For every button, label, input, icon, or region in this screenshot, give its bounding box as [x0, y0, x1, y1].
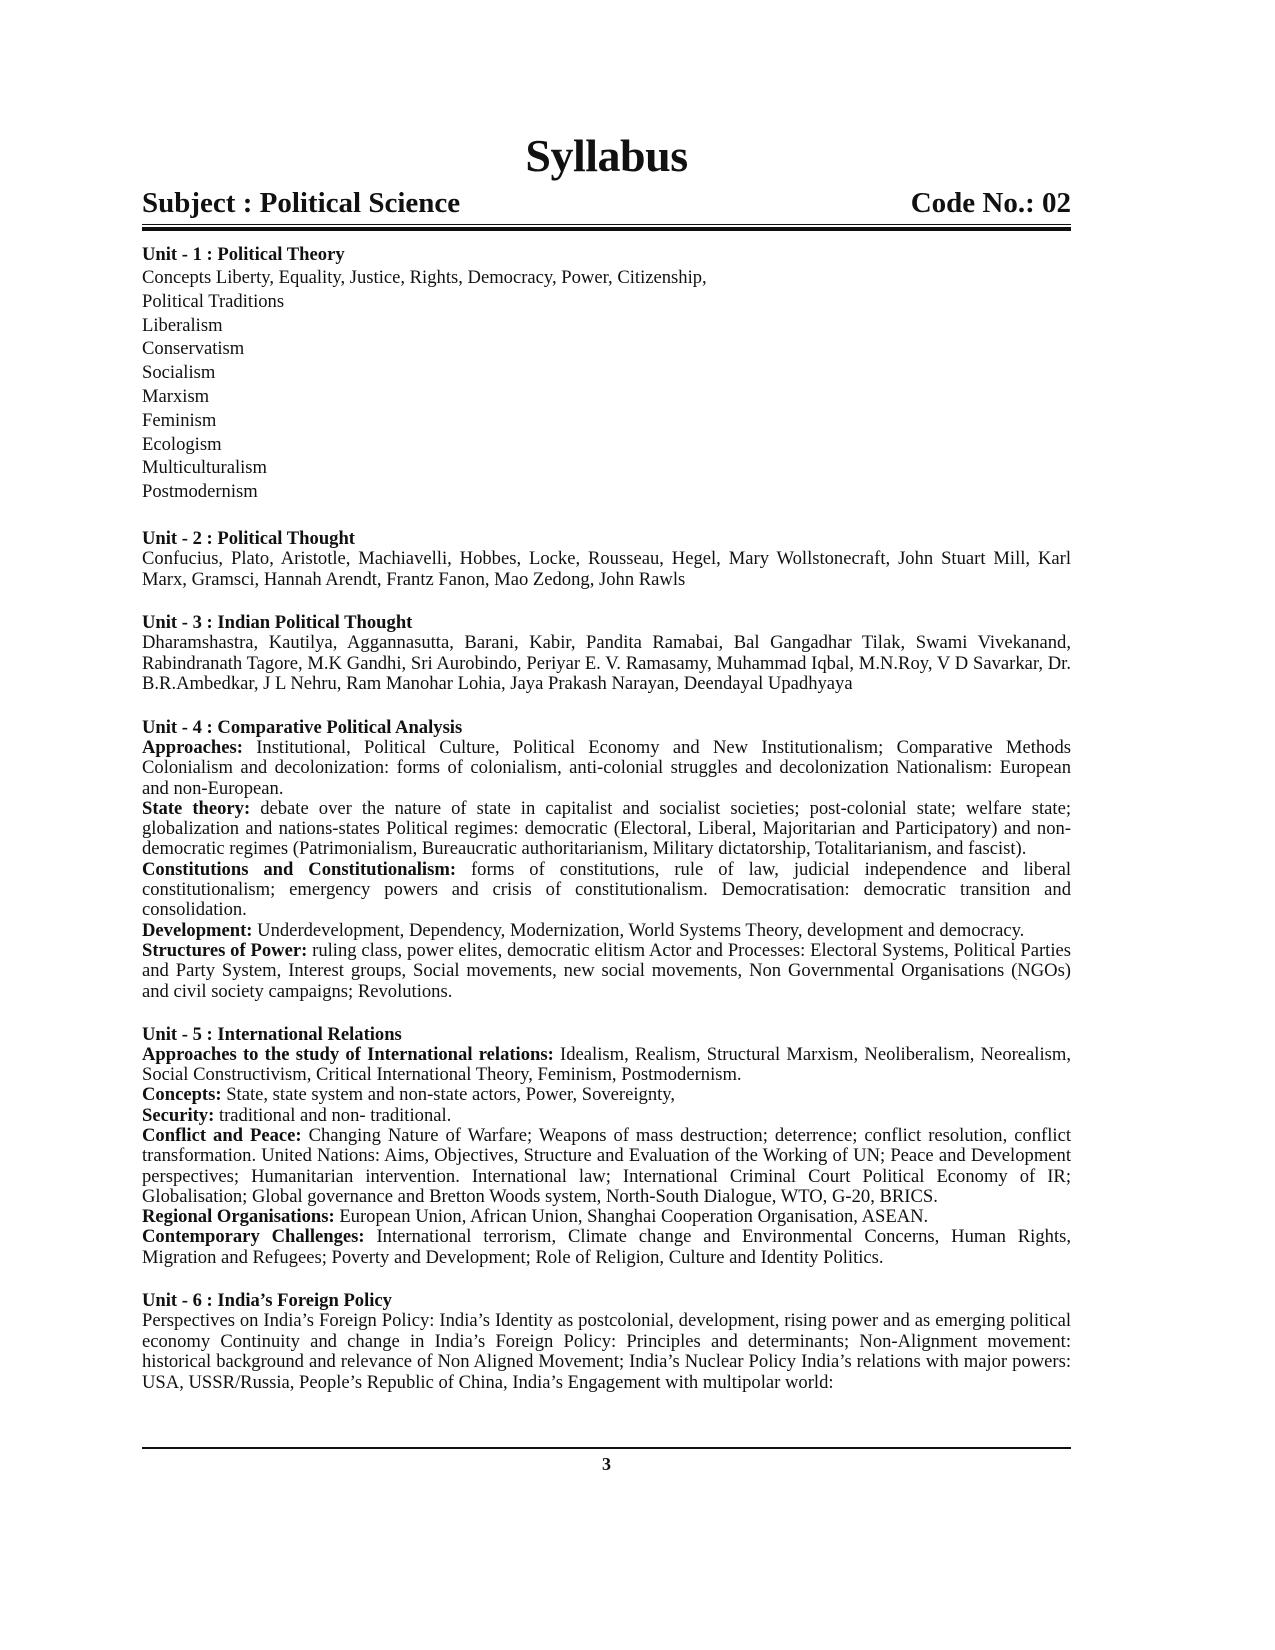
unit-2-section: Unit - 2 : Political Thought Confucius, … — [142, 528, 1071, 590]
unit-3-text: Dharamshastra, Kautilya, Aggannasutta, B… — [142, 633, 1071, 695]
topic-label: Development: — [142, 920, 253, 941]
unit-6-section: Unit - 6 : India’s Foreign Policy Perspe… — [142, 1290, 1071, 1393]
unit-5-section: Unit - 5 : International Relations Appro… — [142, 1024, 1071, 1268]
topic-label: Concepts: — [142, 1084, 222, 1105]
unit-1-line: Concepts Liberty, Equality, Justice, Rig… — [142, 266, 1071, 290]
topic-paragraph: Approaches to the study of International… — [142, 1045, 1071, 1086]
unit-1-line: Multiculturalism — [142, 456, 1071, 480]
topic-label: Approaches to the study of International… — [142, 1044, 554, 1065]
subject-label: Subject : Political Science — [142, 186, 460, 220]
unit-1-line: Ecologism — [142, 433, 1071, 457]
topic-text: debate over the nature of state in capit… — [142, 798, 1071, 860]
topic-paragraph: Regional Organisations: European Union, … — [142, 1207, 1071, 1227]
unit-4-section: Unit - 4 : Comparative Political Analysi… — [142, 717, 1071, 1002]
topic-text: European Union, African Union, Shanghai … — [335, 1206, 929, 1227]
unit-1-section: Unit - 1 : Political Theory Concepts Lib… — [142, 243, 1071, 504]
page-number: 3 — [0, 1454, 1213, 1475]
unit-1-line: Postmodernism — [142, 480, 1071, 504]
unit-1-line: Conservatism — [142, 337, 1071, 361]
topic-label: State theory: — [142, 798, 250, 819]
topic-paragraph: Contemporary Challenges: International t… — [142, 1227, 1071, 1268]
unit-6-text: Perspectives on India’s Foreign Policy: … — [142, 1311, 1071, 1393]
topic-text: Institutional, Political Culture, Politi… — [142, 737, 1071, 799]
unit-heading: Unit - 6 : India’s Foreign Policy — [142, 1290, 1071, 1311]
topic-text: traditional and non- traditional. — [214, 1105, 451, 1126]
unit-1-line: Feminism — [142, 409, 1071, 433]
topic-text: State, state system and non-state actors… — [222, 1084, 676, 1105]
topic-paragraph: Concepts: State, state system and non-st… — [142, 1085, 1071, 1105]
topic-text: Underdevelopment, Dependency, Modernizat… — [253, 920, 1025, 941]
subject-header: Subject : Political Science Code No.: 02 — [142, 186, 1071, 220]
topic-label: Regional Organisations: — [142, 1206, 335, 1227]
code-number: Code No.: 02 — [911, 186, 1071, 220]
topic-paragraph: Constitutions and Constitutionalism: for… — [142, 860, 1071, 921]
unit-1-line: Political Traditions — [142, 290, 1071, 314]
unit-3-section: Unit - 3 : Indian Political Thought Dhar… — [142, 612, 1071, 695]
topic-paragraph: Development: Underdevelopment, Dependenc… — [142, 921, 1071, 941]
topic-paragraph: State theory: debate over the nature of … — [142, 799, 1071, 860]
header-rule-thin — [142, 224, 1071, 225]
unit-heading: Unit - 5 : International Relations — [142, 1024, 1071, 1045]
unit-2-text: Confucius, Plato, Aristotle, Machiavelli… — [142, 549, 1071, 590]
unit-1-line: Liberalism — [142, 314, 1071, 338]
topic-label: Approaches: — [142, 737, 243, 758]
unit-1-line: Marxism — [142, 385, 1071, 409]
topic-label: Security: — [142, 1105, 214, 1126]
topic-label: Constitutions and Constitutionalism: — [142, 859, 456, 880]
topic-label: Structures of Power: — [142, 940, 307, 961]
document-title: Syllabus — [142, 128, 1071, 184]
topic-label: Contemporary Challenges: — [142, 1226, 365, 1247]
topic-paragraph: Structures of Power: ruling class, power… — [142, 941, 1071, 1002]
topic-paragraph: Approaches: Institutional, Political Cul… — [142, 738, 1071, 799]
unit-heading: Unit - 1 : Political Theory — [142, 243, 1071, 266]
topic-paragraph: Conflict and Peace: Changing Nature of W… — [142, 1126, 1071, 1207]
unit-heading: Unit - 4 : Comparative Political Analysi… — [142, 717, 1071, 738]
header-rule-thick — [142, 227, 1071, 231]
topic-label: Conflict and Peace: — [142, 1125, 302, 1146]
unit-heading: Unit - 2 : Political Thought — [142, 528, 1071, 549]
unit-1-line: Socialism — [142, 361, 1071, 385]
topic-paragraph: Security: traditional and non- tradition… — [142, 1106, 1071, 1126]
syllabus-page: Syllabus Subject : Political Science Cod… — [142, 120, 1071, 1393]
footer-rule — [142, 1447, 1071, 1449]
unit-heading: Unit - 3 : Indian Political Thought — [142, 612, 1071, 633]
